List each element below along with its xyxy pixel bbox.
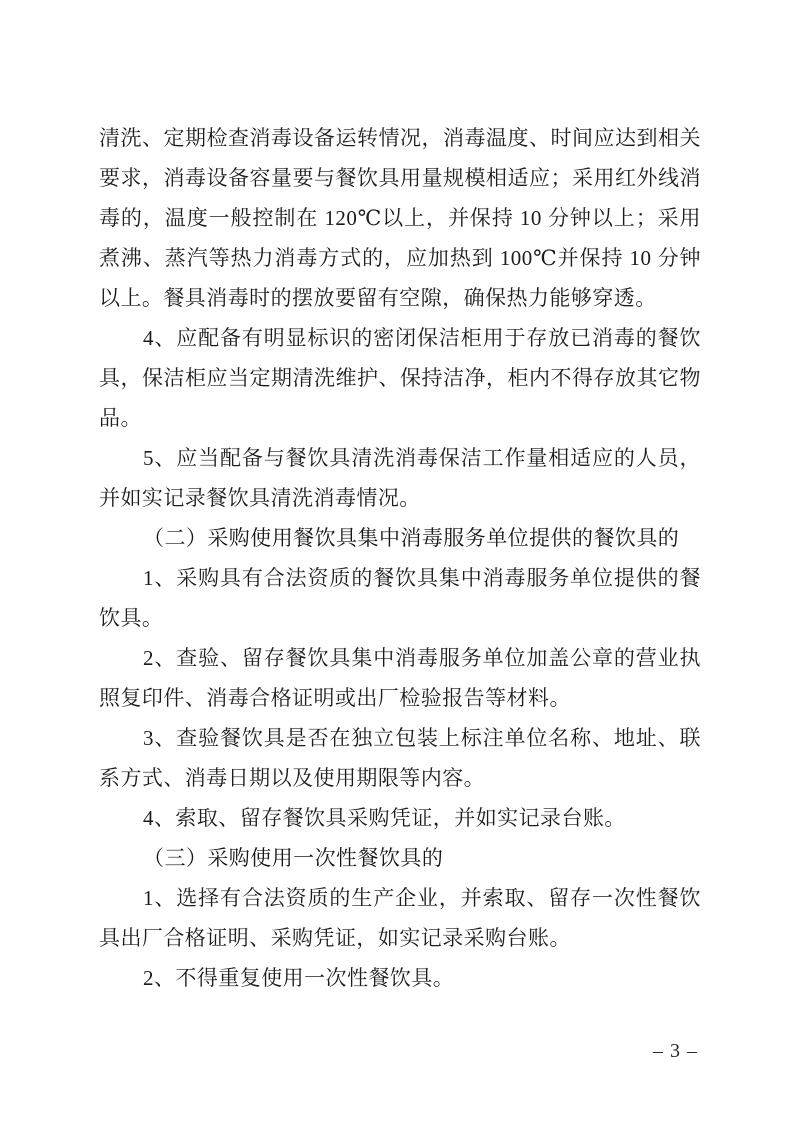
item-5-personnel-records: 5、应当配备与餐饮具清洗消毒保洁工作量相适应的人员，并如实记录餐饮具清洗消毒情况… [99, 438, 701, 518]
item-3-check-packaging-labels: 3、查验餐饮具是否在独立包装上标注单位名称、地址、联系方式、消毒日期以及使用期限… [99, 718, 701, 798]
item-2-verify-license-documents: 2、查验、留存餐饮具集中消毒服务单位加盖公章的营业执照复印件、消毒合格证明或出厂… [99, 638, 701, 718]
item-4-storage-cabinet: 4、应配备有明显标识的密闭保洁柜用于存放已消毒的餐饮具，保洁柜应当定期清洗维护、… [99, 318, 701, 438]
item-4-keep-purchase-receipts: 4、索取、留存餐饮具采购凭证，并如实记录台账。 [99, 798, 701, 838]
item-1-select-qualified-manufacturer: 1、选择有合法资质的生产企业，并索取、留存一次性餐饮具出厂合格证明、采购凭证，如… [99, 878, 701, 958]
section-heading-2-centralized-disinfection: （二）采购使用餐饮具集中消毒服务单位提供的餐饮具的 [99, 518, 701, 558]
document-body: 清洗、定期检查消毒设备运转情况，消毒温度、时间应达到相关要求，消毒设备容量要与餐… [99, 118, 701, 998]
document-page: 清洗、定期检查消毒设备运转情况，消毒温度、时间应达到相关要求，消毒设备容量要与餐… [0, 0, 793, 1122]
item-2-no-reuse-disposable: 2、不得重复使用一次性餐饮具。 [99, 958, 701, 998]
item-1-purchase-qualified-supplier: 1、采购具有合法资质的餐饮具集中消毒服务单位提供的餐饮具。 [99, 558, 701, 638]
page-number: – 3 – [653, 1040, 698, 1062]
section-heading-3-disposable-tableware: （三）采购使用一次性餐饮具的 [99, 838, 701, 878]
body-paragraph-disinfection-continued: 清洗、定期检查消毒设备运转情况，消毒温度、时间应达到相关要求，消毒设备容量要与餐… [99, 118, 701, 318]
